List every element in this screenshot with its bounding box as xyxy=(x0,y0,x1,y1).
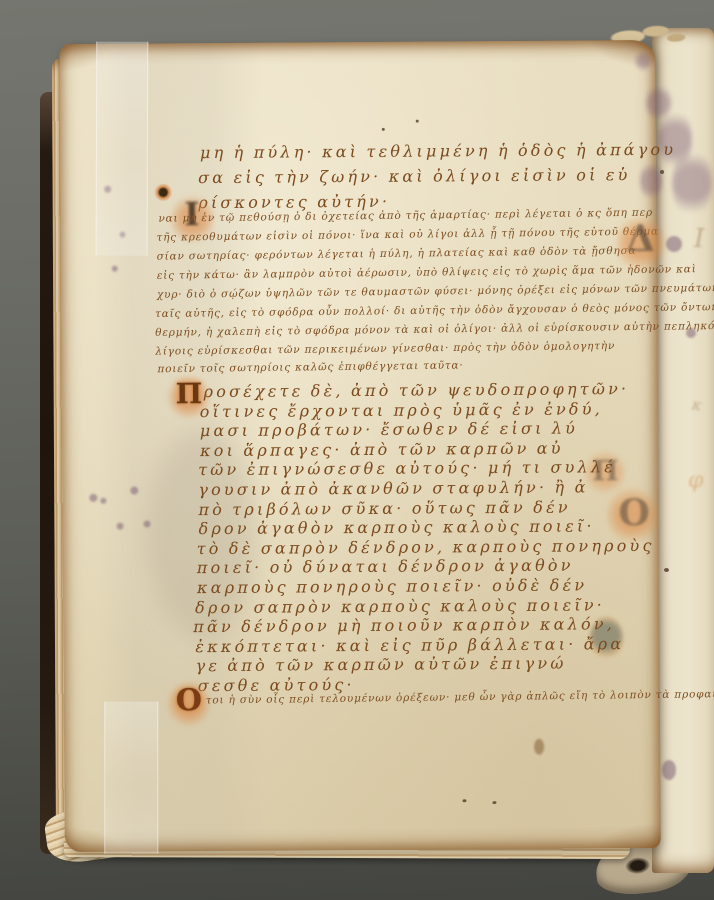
gospel-line: γε ἀπὸ τῶν καρπῶν αὐτῶν ἐπιγνώ xyxy=(195,654,566,676)
bleedthrough-mark: φ xyxy=(688,468,703,493)
margin-mark-omicron: Ο xyxy=(618,492,650,534)
initial-pi: Π xyxy=(176,377,203,410)
gospel-line: πᾶν δένδρον μὴ ποιοῦν καρπὸν καλόν, xyxy=(193,614,615,636)
tape-strip-top xyxy=(96,42,149,256)
bleedthrough-mark: Ι xyxy=(694,224,704,254)
purple-stain xyxy=(662,760,676,780)
commentary-line: λίγοις εὑρίσκεσθαι τῶν περικειμένων γίνε… xyxy=(155,340,615,358)
commentary-line: ταῖς αὐτῆς, εἰς τὸ σφόδρα οὖν πολλοί· δι… xyxy=(155,300,714,320)
ink-speck xyxy=(382,128,385,131)
purple-spot xyxy=(112,266,118,272)
gospel-line: πὸ τριβόλων σῦκα· οὕτως πᾶν δέν xyxy=(198,498,570,520)
commentary-line: σίαν σωτηρίας· φερόντων λέγεται ἡ πύλη, … xyxy=(157,245,637,263)
gospel-line: ποιεῖ· οὐ δύναται δένδρον ἀγαθὸν xyxy=(197,556,574,578)
manuscript-page: μη ἡ πύλη· καὶ τεθλιμμένη ἡ ὁδὸς ἡ ἀπάγο… xyxy=(59,40,661,852)
purple-stain xyxy=(645,84,671,122)
margin-mark-delta: Δ xyxy=(626,218,654,260)
gospel-line: τῶν ἐπιγνώσεσθε αὐτούς· μή τι συλλέ xyxy=(198,457,616,479)
bleedthrough-mark: κ xyxy=(691,395,703,414)
gospel-line: τὸ δὲ σαπρὸν δένδρον, καρποὺς πονηροὺς xyxy=(197,536,655,558)
purple-spot xyxy=(144,520,151,527)
purple-stain xyxy=(666,236,682,252)
purple-spot xyxy=(100,498,106,504)
purple-stain xyxy=(672,148,712,218)
tape-strip-bottom xyxy=(104,702,158,854)
burn-spot xyxy=(154,183,172,201)
purple-spot xyxy=(117,523,124,530)
purple-stain xyxy=(635,50,651,72)
purple-stain xyxy=(640,160,662,202)
purple-spot xyxy=(130,487,138,495)
commentary-line: χυρ· διὸ ὁ σῴζων ὑψηλῶν τῶν τε θαυμαστῶν… xyxy=(157,282,714,301)
gospel-line: μασι προβάτων· ἔσωθεν δέ εἰσι λύ xyxy=(200,418,578,440)
ink-speck xyxy=(416,120,419,123)
ink-speck xyxy=(462,799,466,802)
gospel-line: κοι ἅρπαγες· ἀπὸ τῶν καρπῶν αὐ xyxy=(200,439,564,461)
gospel-line: καρποὺς πονηροὺς ποιεῖν· οὐδὲ δέν xyxy=(197,575,587,597)
initial-omicron: Ο xyxy=(176,683,202,718)
commentary-line: ποιεῖν τοῖς σωτηρίοις καλῶς ἐπιφθέγγεται… xyxy=(157,359,463,375)
ink-speck xyxy=(492,801,496,804)
gospel-line: γουσιν ἀπὸ ἀκανθῶν σταφυλήν· ἢ ἀ xyxy=(198,477,588,499)
commentary-line: εἰς τὴν κάτω· ἂν λαμπρὸν αὐτοὶ ἀέρωσιν, … xyxy=(157,263,697,282)
manuscript-photo: Ι κ φ μη ἡ πύλη· καὶ τεθλιμμένη ἡ ὁδὸς ἡ… xyxy=(0,0,714,900)
text-line: μη ἡ πύλη· καὶ τεθλιμμένη ἡ ὁδὸς ἡ ἀπάγο… xyxy=(200,140,676,162)
gospel-line: δρον ἀγαθὸν καρποὺς καλοὺς ποιεῖ· xyxy=(199,516,595,538)
brown-smear xyxy=(534,739,544,755)
purple-spot xyxy=(89,494,97,502)
ink-speck xyxy=(664,568,669,572)
text-line: ρίσκοντες αὐτήν· xyxy=(198,192,390,212)
text-line: σα εἰς τὴν ζωήν· καὶ ὀλίγοι εἰσὶν οἱ εὑ xyxy=(198,165,631,187)
gospel-line: ροσέχετε δὲ, ἀπὸ τῶν ψευδοπροφητῶν· xyxy=(204,379,630,401)
commentary-line: θερμήν, ἡ χαλεπὴ εἰς τὸ σφόδρα μόνον τὰ … xyxy=(155,320,714,339)
commentary-line: τῆς κρεοθυμάτων εἰσὶν οἱ πόνοι· ἵνα καὶ … xyxy=(156,226,659,244)
endband-hole xyxy=(625,856,651,874)
